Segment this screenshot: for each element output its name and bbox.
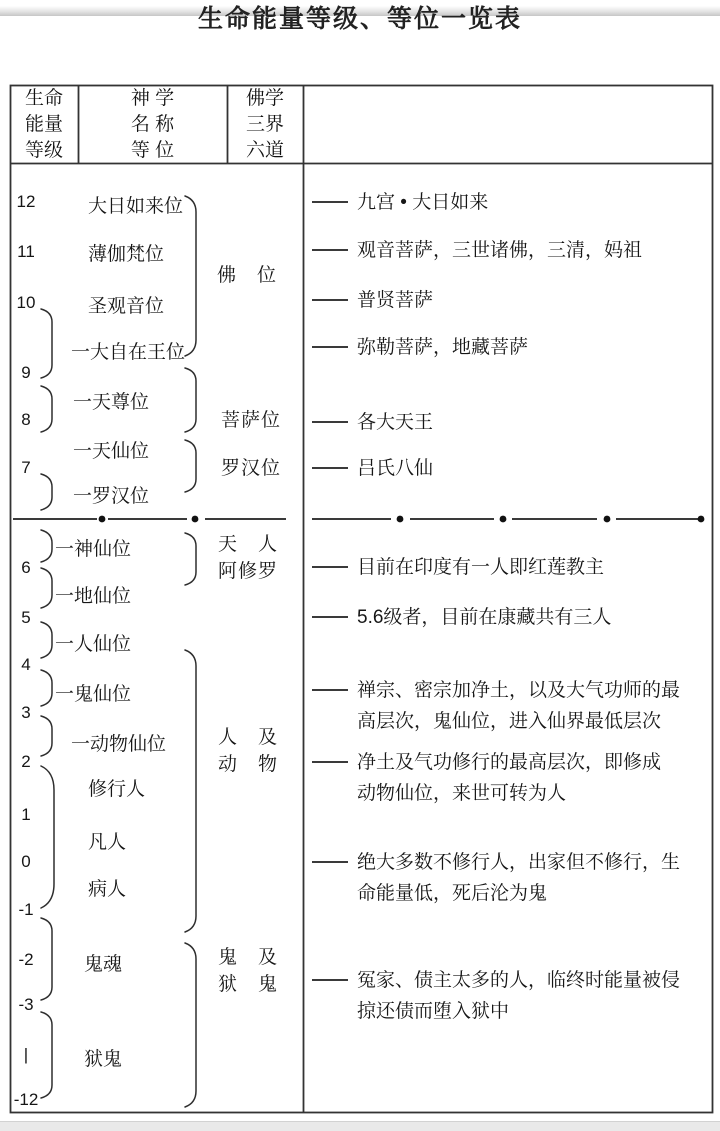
energy-level-neg-3: -3 [6,995,46,1015]
energy-level-neg-1: -1 [6,900,46,920]
energy-level-9: 9 [6,363,46,383]
rank-label: 一罗汉位 [73,481,149,508]
energy-level-0: 0 [6,852,46,872]
annotation-text: 5.6级者，目前在康藏共有三人 [357,602,611,633]
annotation-text: 弥勒菩萨，地藏菩萨 [357,332,528,363]
header-theology-rank: 神 学 名 称 等 位 [78,86,227,163]
energy-level-3: 3 [6,703,46,723]
dot-dash-divider-right [312,516,704,523]
rank-label: 一大自在王位 [71,337,185,364]
rank-label: 狱鬼 [84,1044,122,1071]
page-title: 生命能量等级、等位一览表 [0,0,720,38]
rank-label: 一天仙位 [73,436,149,463]
rank-label: 薄伽梵位 [88,239,164,266]
realm-label: 人 及 动 物 [218,724,278,778]
rank-label: 一地仙位 [55,581,131,608]
energy-level-1: 1 [6,805,46,825]
rank-label: 一天尊位 [73,387,149,414]
rank-label: 圣观音位 [88,291,164,318]
header-buddhist-realms: 佛学 三界 六道 [227,86,303,163]
realm-label: 菩萨位 [221,407,281,434]
energy-level-7: 7 [6,458,46,478]
annotation-text: 九宫 • 大日如来 [357,187,488,218]
energy-level-neg-2: -2 [6,950,46,970]
rank-label: 一动物仙位 [71,729,166,756]
annotation-text: 吕氏八仙 [357,453,433,484]
annotation-text: 普贤菩萨 [357,285,433,316]
rank-label: 凡人 [88,827,126,854]
scanned-document-page: 生命能量等级、等位一览表 [0,0,720,1131]
page-bottom-strip [0,1121,720,1131]
annotation-text: 观音菩萨，三世诸佛，三清，妈祖 [357,235,642,266]
rank-label: 一鬼仙位 [55,679,131,706]
annotation-connector-dashes [312,202,348,980]
realm-label: 罗汉位 [221,455,281,482]
annotation-text: 各大天王 [357,407,433,438]
energy-level-5: 5 [6,608,46,628]
annotation-text: 冤家、债主太多的人，临终时能量被侵 掠还债而堕入狱中 [357,965,680,1027]
energy-level-4: 4 [6,655,46,675]
annotation-text: 净土及气功修行的最高层次，即修成 动物仙位，来世可转为人 [357,747,661,809]
realm-label: 鬼 及 狱 鬼 [218,944,278,998]
rank-group-brackets [185,196,196,1107]
energy-level-11: 11 [6,242,46,262]
energy-level-2: 2 [6,752,46,772]
realm-label: 佛 位 [217,262,277,289]
energy-level-range-mark: | [6,1045,46,1065]
rank-label: 病人 [88,874,126,901]
annotation-text: 禅宗、密宗加净土，以及大气功师的最 高层次，鬼仙位，进入仙界最低层次 [357,675,680,737]
energy-level-neg-12: -12 [6,1090,46,1110]
dot-dash-divider-left [13,516,286,523]
energy-level-8: 8 [6,410,46,430]
annotation-text: 绝大多数不修行人，出家但不修行，生 命能量低，死后沦为鬼 [357,847,680,909]
rank-label: 修行人 [88,774,145,801]
energy-level-10: 10 [6,293,46,313]
header-energy-level: 生命 能量 等级 [10,86,78,163]
realm-label: 天 人 阿修罗 [218,531,278,585]
rank-label: 鬼魂 [84,949,122,976]
rank-label: 一人仙位 [55,629,131,656]
rank-label: 大日如来位 [88,191,183,218]
annotation-text: 目前在印度有一人即红莲教主 [357,552,604,583]
energy-level-12: 12 [6,192,46,212]
rank-label: 一神仙位 [55,534,131,561]
energy-level-6: 6 [6,558,46,578]
